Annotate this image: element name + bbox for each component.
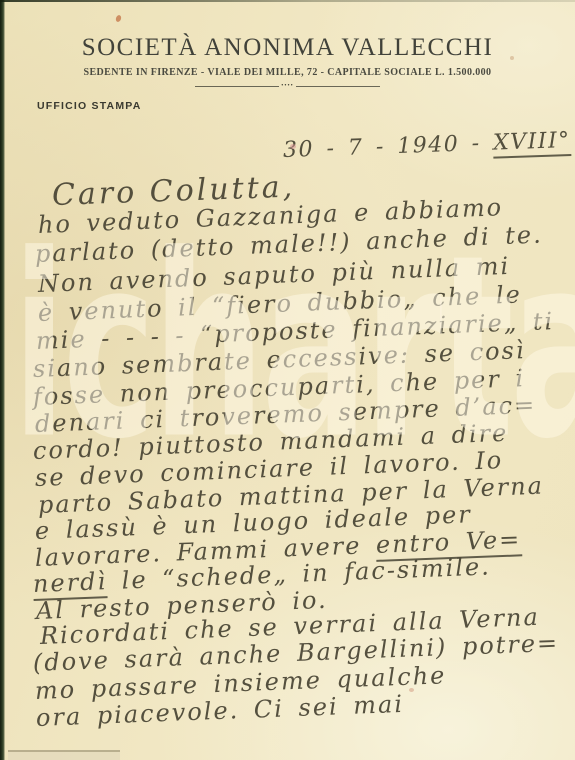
office-label: UFFICIO STAMPA [37, 100, 142, 112]
divider-ornament: •••• [279, 84, 295, 88]
scan-edge-top [0, 0, 575, 2]
divider-rule-right [296, 86, 380, 87]
company-name: SOCIETÀ ANONIMA VALLECCHI [0, 34, 575, 62]
scan-edge-left [0, 0, 5, 760]
paper-speck [510, 56, 514, 60]
scanned-letter-page: SOCIETÀ ANONIMA VALLECCHI SEDENTE IN FIR… [0, 0, 575, 760]
date-era-underlined: XVIII° [493, 128, 572, 159]
letterhead: SOCIETÀ ANONIMA VALLECCHI SEDENTE IN FIR… [0, 0, 575, 88]
letterhead-divider: •••• [195, 84, 380, 88]
address-line: SEDENTE IN FIRENZE - VIALE DEI MILLE, 72… [0, 67, 575, 78]
divider-rule-left [195, 86, 279, 87]
paper-speck [409, 688, 414, 692]
date-line: 30 - 7 - 1940 - XVIII° [283, 128, 572, 163]
paper-edge-shadow [8, 750, 120, 760]
paper-speck [290, 144, 296, 149]
date-text: 30 - 7 - 1940 - [283, 131, 494, 163]
